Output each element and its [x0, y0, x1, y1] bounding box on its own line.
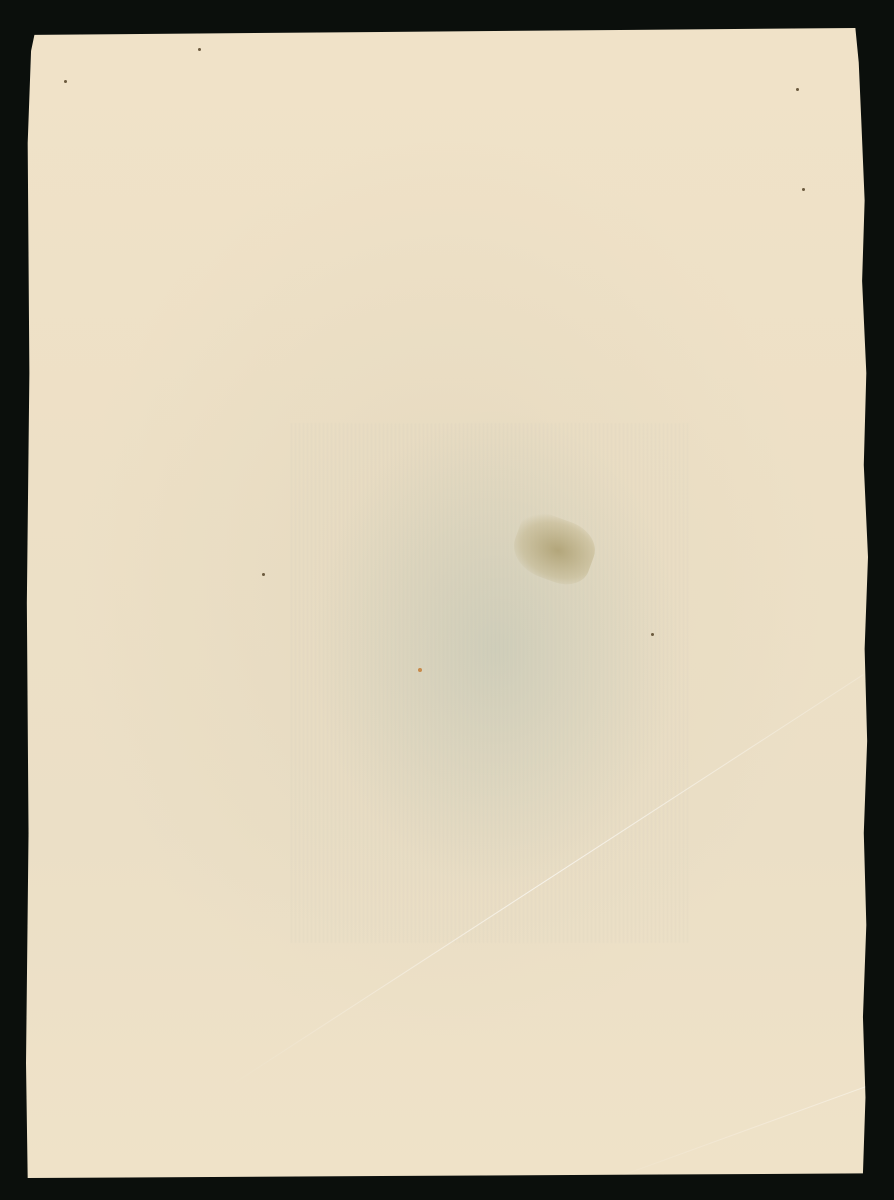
speck	[198, 48, 201, 51]
speck	[651, 633, 654, 636]
show-through-image	[291, 423, 691, 943]
speck	[64, 80, 67, 83]
paper-sheet	[26, 28, 868, 1178]
speck	[418, 668, 422, 672]
crease	[586, 1072, 894, 1189]
speck	[262, 573, 265, 576]
speck	[802, 188, 805, 191]
speck	[796, 88, 799, 91]
